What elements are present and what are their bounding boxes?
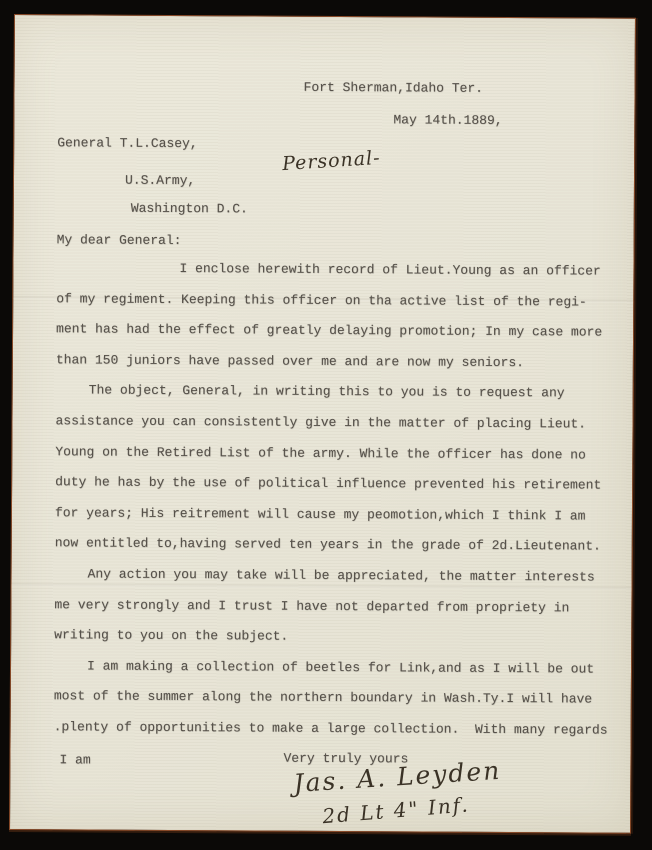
letter-body-line: of my regiment. Keeping this officer on …: [56, 284, 624, 318]
letter-body-line: assistance you can consistently give in …: [55, 406, 623, 440]
letter-date: May 14th.1889,: [393, 112, 502, 128]
letter-body: I enclose herewith record of Lieut.Young…: [54, 253, 625, 746]
letter-body-line: ment has had the effect of greatly delay…: [56, 314, 624, 348]
recipient-name: General T.L.Casey,: [57, 135, 198, 151]
letter-body-line: I am making a collection of beetles for …: [54, 651, 622, 685]
salutation: My dear General:: [57, 232, 182, 248]
letter-body-line: duty he has by the use of political infl…: [55, 467, 623, 501]
letter-body-line: Young on the Retired List of the army. W…: [55, 437, 623, 471]
scanner-background: Fort Sherman,Idaho Ter. May 14th.1889, G…: [0, 0, 652, 850]
letter-body-line: I enclose herewith record of Lieut.Young…: [56, 253, 624, 287]
letter-body-line: now entitled to,having served ten years …: [55, 529, 623, 563]
signature-title: 2d Lt 4" Inf.: [321, 792, 470, 828]
letter-body-line: for years; His reitrement will cause my …: [55, 498, 623, 532]
letter-body-line: than 150 juniors have passed over me and…: [56, 345, 624, 379]
personal-annotation: Personal-: [282, 147, 382, 175]
letter-body-line: writing to you on the subject.: [54, 620, 622, 654]
letter-body-line: The object, General, in writing this to …: [56, 376, 624, 410]
recipient-organization: U.S.Army,: [125, 173, 195, 188]
recipient-city: Washington D.C.: [131, 201, 248, 217]
letter-body-line: most of the summer along the northern bo…: [54, 682, 622, 716]
letter-place: Fort Sherman,Idaho Ter.: [304, 80, 484, 96]
letter-body-line: Any action you may take will be apprecia…: [54, 559, 622, 593]
letter-body-line: me very strongly and I trust I have not …: [54, 590, 622, 624]
letter-body-line: .plenty of opportunities to make a large…: [54, 712, 622, 746]
letter-page: Fort Sherman,Idaho Ter. May 14th.1889, G…: [9, 14, 636, 834]
closing-prefix: I am: [59, 752, 90, 767]
